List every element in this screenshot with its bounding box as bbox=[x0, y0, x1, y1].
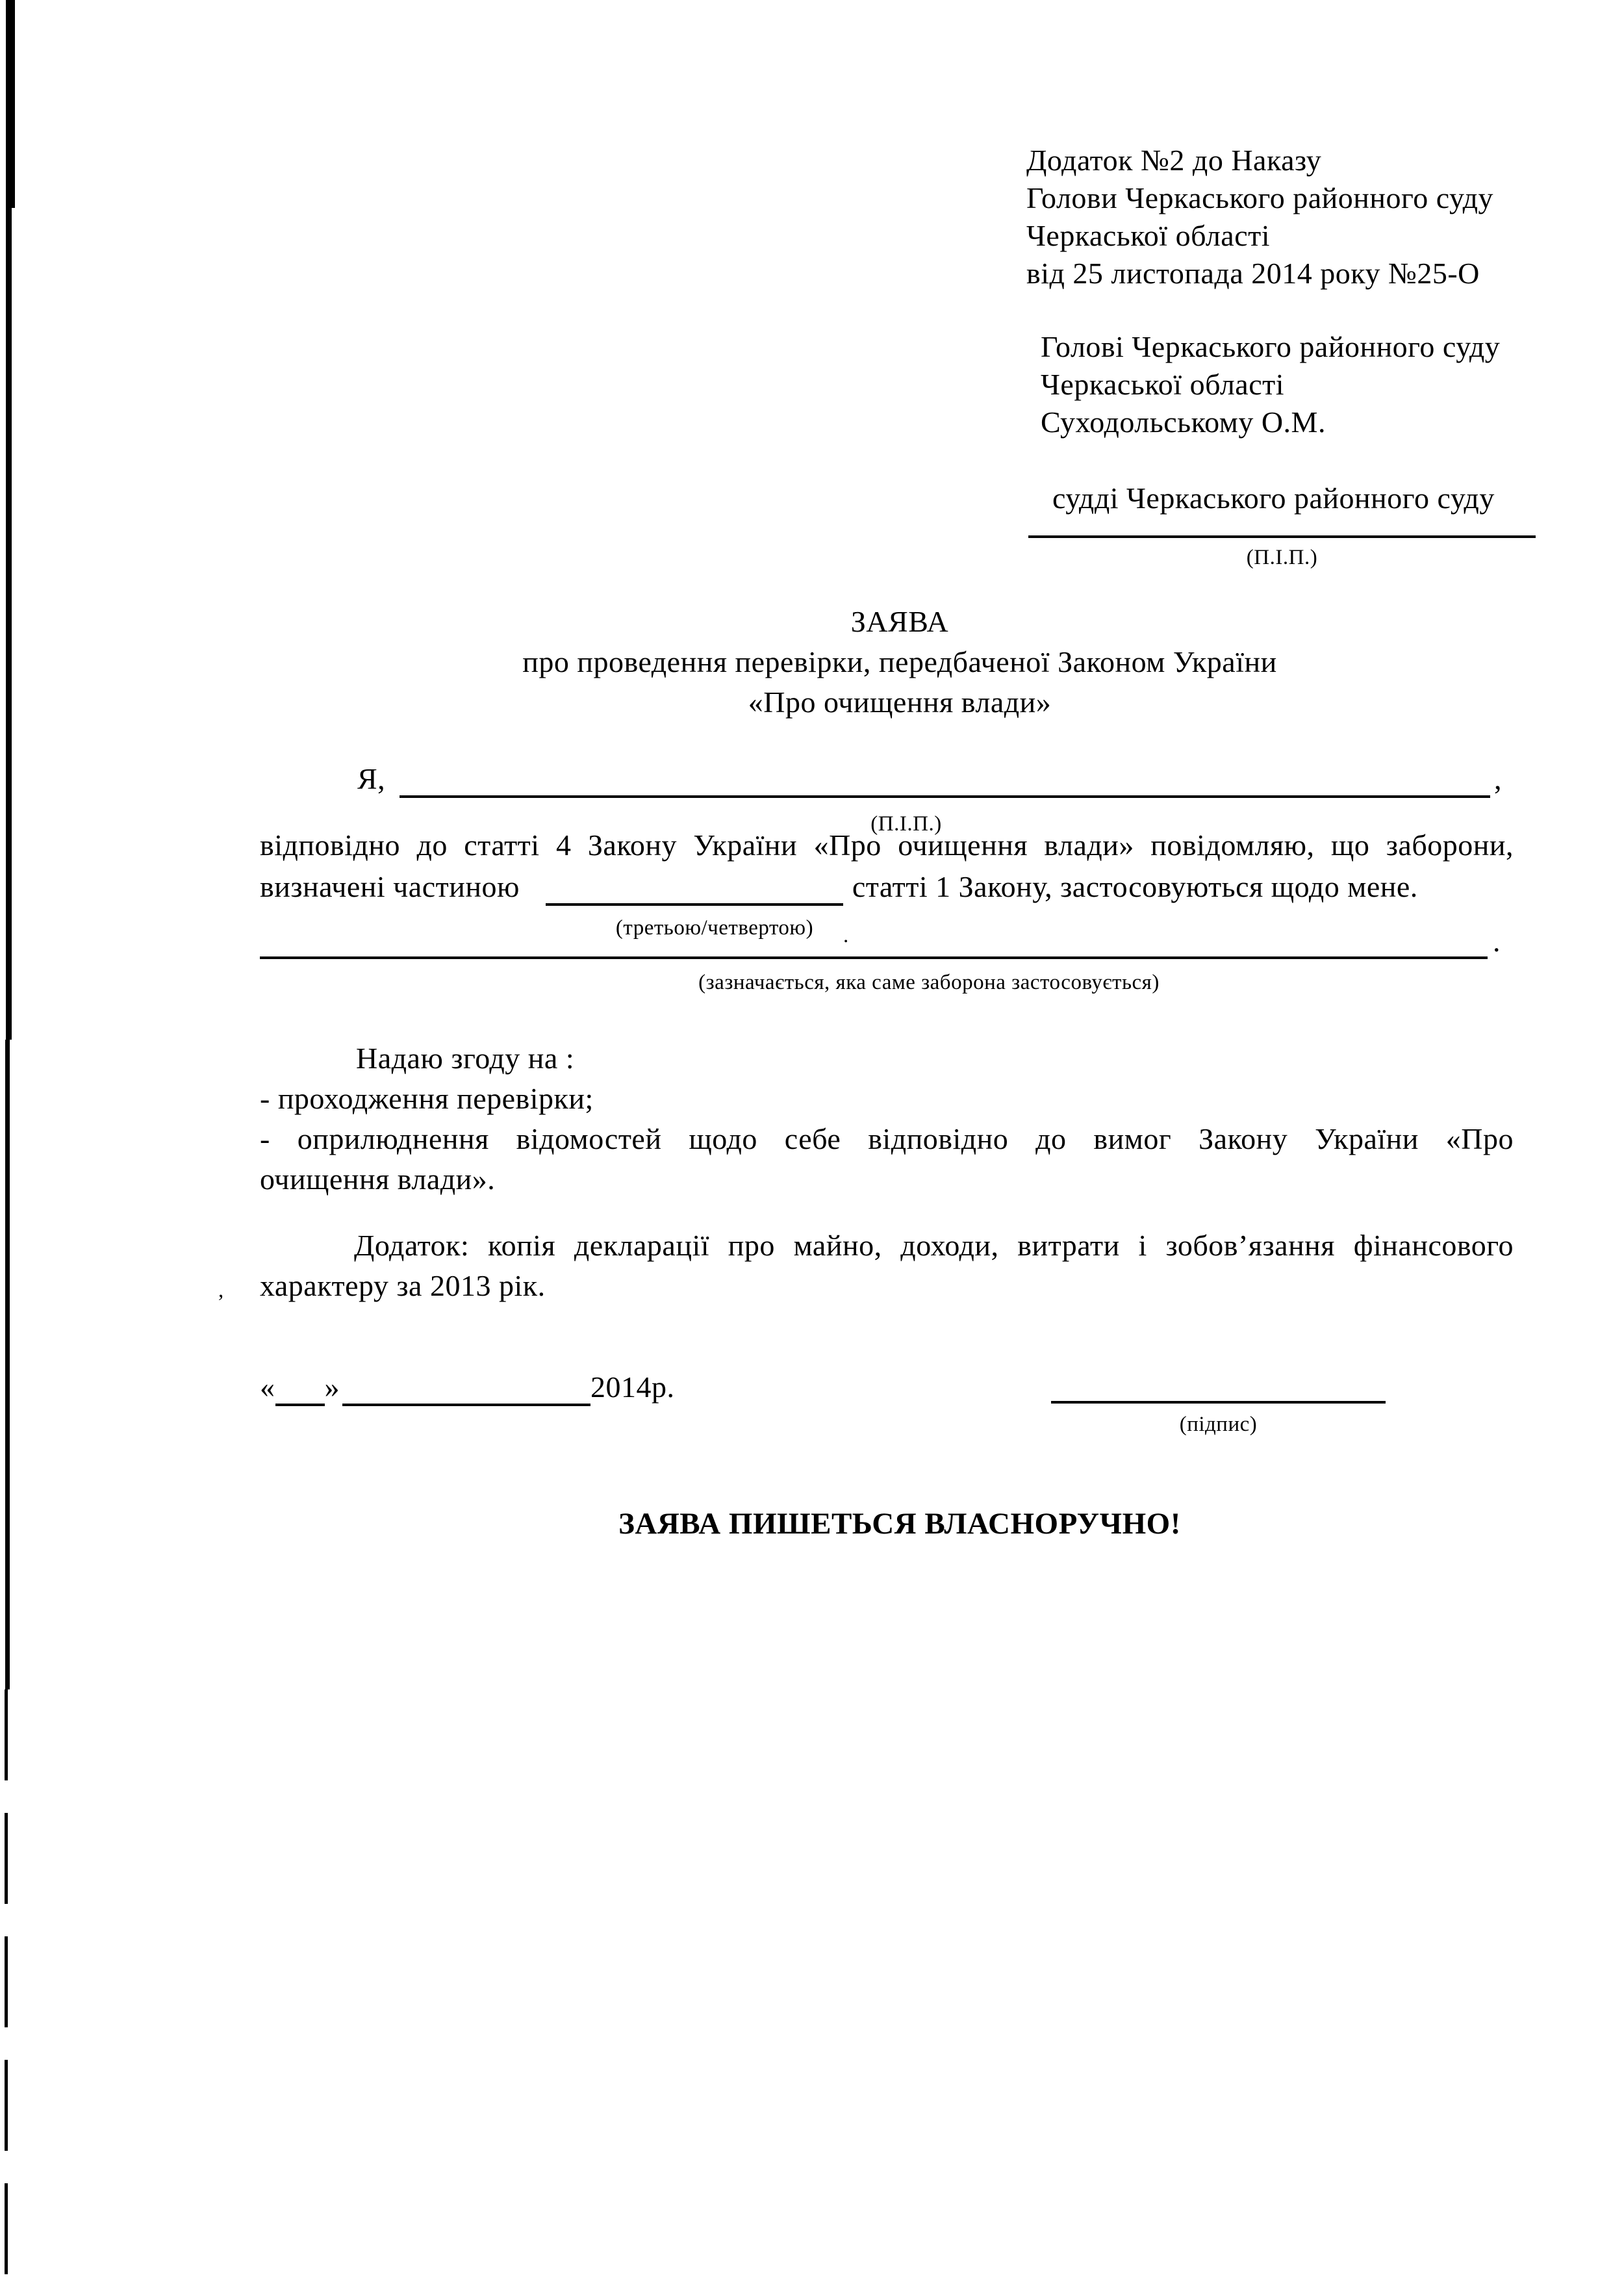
title-line-3: «Про очищення влади» bbox=[273, 684, 1527, 721]
signature-blank-line bbox=[1051, 1401, 1386, 1404]
date-day-blank bbox=[275, 1400, 325, 1406]
prohibition-caption: (зазначається, яка саме заборона застосо… bbox=[325, 969, 1533, 995]
consent-item-1: - проходження перевірки; bbox=[260, 1080, 594, 1118]
addressee-line-3: Суходольському О.М. bbox=[1041, 404, 1326, 441]
appendix-line-2: Голови Черкаського районного суду bbox=[1026, 179, 1493, 217]
declarant-name-blank bbox=[400, 791, 1490, 798]
scan-artifact-bar-middle bbox=[6, 208, 12, 1040]
stray-period-mark: . bbox=[843, 923, 849, 949]
attachment-line-1: Додаток: копія декларації про майно, дох… bbox=[260, 1227, 1514, 1264]
prohibition-blank-line bbox=[260, 956, 1488, 959]
handwritten-notice: ЗАЯВА ПИШЕТЬСЯ ВЛАСНОРУЧНО! bbox=[273, 1505, 1527, 1543]
date-year: 2014р. bbox=[590, 1368, 675, 1406]
scan-artifact-bar-bottom bbox=[5, 1689, 8, 2284]
addressee-line-1: Голові Черкаського районного суду bbox=[1041, 328, 1500, 366]
declarant-trailing-comma: , bbox=[1494, 760, 1502, 798]
date-month-blank bbox=[342, 1400, 590, 1406]
signature-caption: (підпис) bbox=[1051, 1411, 1386, 1437]
judge-name-caption: (П.І.П.) bbox=[1028, 545, 1536, 571]
date-line: « » 2014р. bbox=[260, 1368, 675, 1406]
statement-paragraph-line-2: визначені частиною статті 1 Закону, заст… bbox=[260, 868, 1514, 906]
appendix-line-1: Додаток №2 до Наказу bbox=[1026, 142, 1321, 179]
date-open-quote: « bbox=[260, 1368, 275, 1406]
consent-item-2-line-2: очищення влади». bbox=[260, 1161, 495, 1198]
declarant-prefix: Я, bbox=[357, 760, 385, 798]
scan-artifact-bar-top bbox=[6, 0, 15, 208]
statement-paragraph-line-1: відповідно до статті 4 Закону України «П… bbox=[260, 827, 1514, 864]
appendix-line-3: Черкаської області bbox=[1026, 217, 1270, 255]
stray-comma-mark: , bbox=[218, 1277, 224, 1303]
statement-part-prefix: визначені частиною bbox=[260, 868, 520, 906]
scanned-document-page: Додаток №2 до Наказу Голови Черкаського … bbox=[0, 0, 1624, 2284]
statement-part-suffix: статті 1 Закону, застосовуються щодо мен… bbox=[852, 868, 1418, 906]
scan-artifact-bar-lower bbox=[5, 1040, 10, 1689]
attachment-line-2: характеру за 2013 рік. bbox=[260, 1267, 546, 1305]
consent-intro: Надаю згоду на : bbox=[356, 1040, 574, 1077]
date-close-quote: » bbox=[325, 1368, 340, 1406]
statement-part-blank bbox=[546, 899, 843, 906]
addressee-line-2: Черкаської області bbox=[1041, 366, 1284, 404]
consent-item-2-line-1: - оприлюднення відомостей щодо себе відп… bbox=[260, 1120, 1514, 1158]
declarant-name-line: Я, , bbox=[357, 760, 1502, 798]
title-line-1: ЗАЯВА bbox=[273, 603, 1527, 641]
title-line-2: про проведення перевірки, передбаченої З… bbox=[273, 643, 1527, 681]
prohibition-line-period: . bbox=[1493, 923, 1501, 960]
judge-line: судді Черкаського районного суду bbox=[1052, 480, 1495, 517]
judge-name-blank-line bbox=[1028, 535, 1536, 538]
appendix-line-4: від 25 листопада 2014 року №25-О bbox=[1026, 255, 1480, 292]
statement-part-caption: (третьою/четвертою) bbox=[578, 915, 851, 941]
